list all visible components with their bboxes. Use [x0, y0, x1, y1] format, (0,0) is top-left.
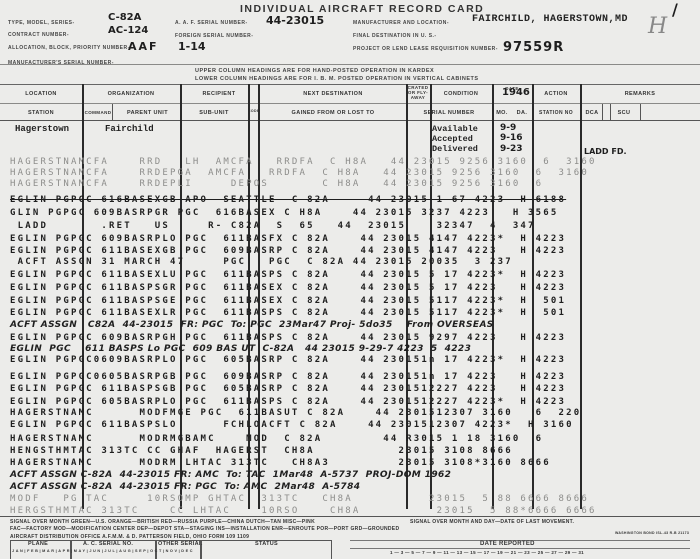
record-row: EGLIN PGPGC 609BASRPLO PGC 611BASFX C 82… — [10, 234, 566, 244]
date-delivered: 9-23 — [500, 144, 523, 154]
condition-available: Available — [432, 124, 478, 135]
heading-station-no: STATION NO — [532, 110, 580, 116]
record-row: ACFT ASSGN 31 MARCH 47 PGC PGC C 82A 44 … — [10, 257, 513, 267]
month-jun: JUN — [89, 549, 101, 553]
heading-command: COMMAND — [83, 110, 113, 115]
heading-organization: ORGANIZATION — [82, 91, 180, 97]
condition-accepted: Accepted — [432, 134, 473, 144]
aaf-serial-label: A. A. F. SERIAL NUMBER- — [175, 20, 248, 26]
month-sep: SEP — [135, 549, 147, 553]
heading-remarks: REMARKS — [580, 91, 700, 97]
signal-legend-1: SIGNAL OVER MONTH GREEN—U.S. ORANGE—BRIT… — [10, 519, 315, 525]
record-row-handwritten: EGLIN PGC 611 BASPS Lo PGC 609 BAS UT C-… — [10, 344, 471, 354]
month-dec: DEC — [181, 549, 194, 553]
record-row: EGLIN PGPGC 616BASEXGB APO SEATTLE C 82A… — [10, 195, 566, 205]
heading-gained-lost: GAINED FROM OR LOST TO — [258, 110, 408, 116]
other-serial-heading: OTHER SERIAL — [158, 541, 203, 547]
record-row: EGLIN PGPGC 605BASRPLO PGC 611BASPS C 82… — [10, 397, 566, 407]
month-mar: MAR — [42, 549, 55, 553]
initial-station: Hagerstown — [15, 124, 69, 134]
aaf-serial-value: 44-23015 — [266, 14, 324, 27]
signal-legend-2: FAC—FACTORY MOD—MODIFICATION CENTER DEP—… — [10, 526, 399, 532]
heading-mo: MO. — [492, 110, 512, 116]
type-model-series-value: C-82A — [108, 12, 141, 23]
manufacturer-location-label: MANUFACTURER AND LOCATION- — [353, 20, 449, 26]
date-reported-heading: DATE REPORTED — [480, 541, 535, 547]
allocation-value-2: 1-14 — [178, 40, 206, 53]
record-row: EGLIN PGPGC 611BASPSGB PGC 605BASRP C 82… — [10, 384, 566, 394]
record-row: HAGERSTNAMCFA RRDEPLI DEPOS C H8A 44 230… — [10, 179, 543, 189]
month-feb: FEB — [27, 549, 39, 553]
record-row: EGLIN PGPGC 611BASEXGB PGC 609BASRP C 82… — [10, 246, 566, 256]
record-row: GLIN PGPGC 609BASRPGR PGC 616BASEX C H8A… — [10, 208, 559, 218]
heading-serial-number: SERIAL NUMBER — [406, 110, 492, 116]
heading-crated-flyaway: CRATED OR FLY-AWAY — [406, 85, 430, 100]
record-row-handwritten: ACFT ASSGN C-82A 44-23015 FR: AMC To: TA… — [10, 470, 451, 480]
manufacturer-serial-label: MANUFACTURER'S SERIAL NUMBER- — [8, 60, 114, 66]
record-row-handwritten: ACFT ASSGN C-82A 44-23015 FR: PGC To: AM… — [10, 482, 360, 492]
record-row: LADD .RET US R- C82A S 65 44 23015 32347… — [10, 221, 536, 231]
heading-da: DA. — [512, 110, 532, 116]
heading-parent-unit: PARENT UNIT — [115, 110, 180, 116]
status-heading: STATUS — [255, 541, 278, 547]
record-row: EGLIN PGPGC 609BASRPGH PGC 611BASPS C 82… — [10, 333, 566, 343]
date-available: 9-9 — [500, 123, 516, 133]
month-apr: APR — [58, 549, 71, 553]
month-aug: AUG — [119, 549, 132, 553]
date-reported-days: 1 — 3 — 5 — 7 — 9 — 11 — 13 — 15 — 17 — … — [390, 550, 584, 555]
heading-location: LOCATION — [0, 91, 82, 97]
print-code: WASHINGTON BOND ISL-43 R-B 21173 — [615, 531, 689, 535]
signal-legend-right: SIGNAL OVER MONTH AND DAY—DATE OF LAST M… — [410, 519, 574, 525]
record-row: HAGERSTNAMC MODRM LHTAC 313TC CH8A3 2301… — [10, 458, 551, 468]
project-number-value: 97559R — [503, 40, 564, 55]
record-row-handwritten: ACFT ASSGN C82A 44-23015 FR: PGC To: PGC… — [10, 320, 494, 330]
record-row: HAGERSTNAMCFA RRDEPGA AMCFA RRDFA C H8A … — [10, 168, 589, 178]
record-row: EGLIN PGPGC 611BASEXLR PGC 611BASPS C 82… — [10, 308, 566, 318]
initial-org: Fairchild — [105, 124, 154, 134]
month-row: JAN|FEB|MAR|APR|MAY|JUN|JUL|AUG|SEP|OCT|… — [12, 549, 194, 553]
project-number-label: PROJECT OR LEND LEASE REQUISITION NUMBER… — [353, 46, 498, 52]
record-row: HAGERSTNAMC MODFMGE PGC 611BASUT C 82A 4… — [10, 408, 581, 418]
corner-mark: / — [672, 0, 678, 19]
date-accepted: 9-16 — [500, 133, 523, 143]
contract-number-label: CONTRACT NUMBER- — [8, 32, 69, 38]
heading-dca: DCA — [580, 110, 604, 116]
tab-letter: H — [648, 14, 667, 39]
heading-next-destination: NEXT DESTINATION — [258, 91, 408, 97]
allocation-label: ALLOCATION, BLOCK, PRIORITY NUMBER- — [8, 45, 130, 51]
allocation-value: AAF — [128, 40, 159, 53]
heading-recipient: RECIPIENT — [180, 91, 258, 97]
manufacturer-location-value: FAIRCHILD, HAGERSTOWN,MD — [472, 14, 628, 25]
heading-station: STATION — [0, 110, 82, 116]
heading-condition: CONDITION — [430, 91, 492, 97]
record-row: MODF PG TAC 10RSOMP GHTAC 313TC CH8A 230… — [10, 494, 589, 504]
month-jan: JAN — [12, 549, 24, 553]
record-row: EGLIN PGPGC 611BASEXLU PGC 611BASPS C 82… — [10, 270, 566, 280]
heading-scu: SCU — [612, 110, 636, 116]
type-model-series-label: TYPE, MODEL, SERIES- — [8, 20, 75, 26]
record-row: HAGERSTNAMC MODRMGBAMC MOD C 82A 44 R301… — [10, 434, 543, 444]
heading-note-lower: LOWER COLUMN HEADINGS ARE FOR I. B. M. P… — [195, 76, 479, 82]
condition-delivered: Delivered — [432, 144, 478, 154]
record-row: EGLIN PGPGC 611BASPSGR PGC 611BASEX C 82… — [10, 283, 566, 293]
record-row: EGLIN PGPGC0609BASRPLO PGC 605BASRP C 82… — [10, 355, 566, 365]
record-row: EGLIN PGPGC0605BASRPGB PGC 609BASRP C 82… — [10, 372, 566, 382]
record-row: HAGERSTNAMCFA RRD LH AMCFA RRDFA C H8A 4… — [10, 157, 597, 167]
month-jul: JUL — [104, 549, 116, 553]
record-row: HENGSTHMTAC 313TC CC GHAF HAGERST CH8A 2… — [10, 446, 513, 456]
final-destination-label: FINAL DESTINATION IN U. S.- — [353, 33, 437, 39]
remark-ladd: LADD FD. — [584, 147, 627, 156]
ac-serial-heading: A. C. SERIAL NO. — [83, 541, 133, 547]
contract-number-value: AC-124 — [108, 25, 148, 36]
month-nov: NOV — [166, 549, 179, 553]
record-row: EGLIN PGPGC 611BASPSLO FCHLOACFT C 82A 4… — [10, 420, 574, 430]
month-oct: OCT — [150, 549, 163, 553]
month-may: MAY — [74, 549, 87, 553]
foreign-serial-label: FOREIGN SERIAL NUMBER- — [175, 33, 253, 39]
aircraft-record-card: INDIVIDUAL AIRCRAFT RECORD CARD / H TYPE… — [0, 0, 700, 559]
date-year: 1946 — [502, 87, 530, 98]
record-row: EGLIN PGPGC 611BASPSGE PGC 611BASEX C 82… — [10, 296, 566, 306]
heading-sub-unit: SUB-UNIT — [180, 110, 248, 116]
record-row: HERGSTHMTAC 313TC CC LHTAC 10RSO CH8A 23… — [10, 506, 597, 516]
heading-action: ACTION — [532, 91, 580, 97]
plane-heading: PLANE — [28, 541, 48, 547]
heading-note-upper: UPPER COLUMN HEADINGS ARE FOR HAND-POSTE… — [195, 68, 434, 74]
